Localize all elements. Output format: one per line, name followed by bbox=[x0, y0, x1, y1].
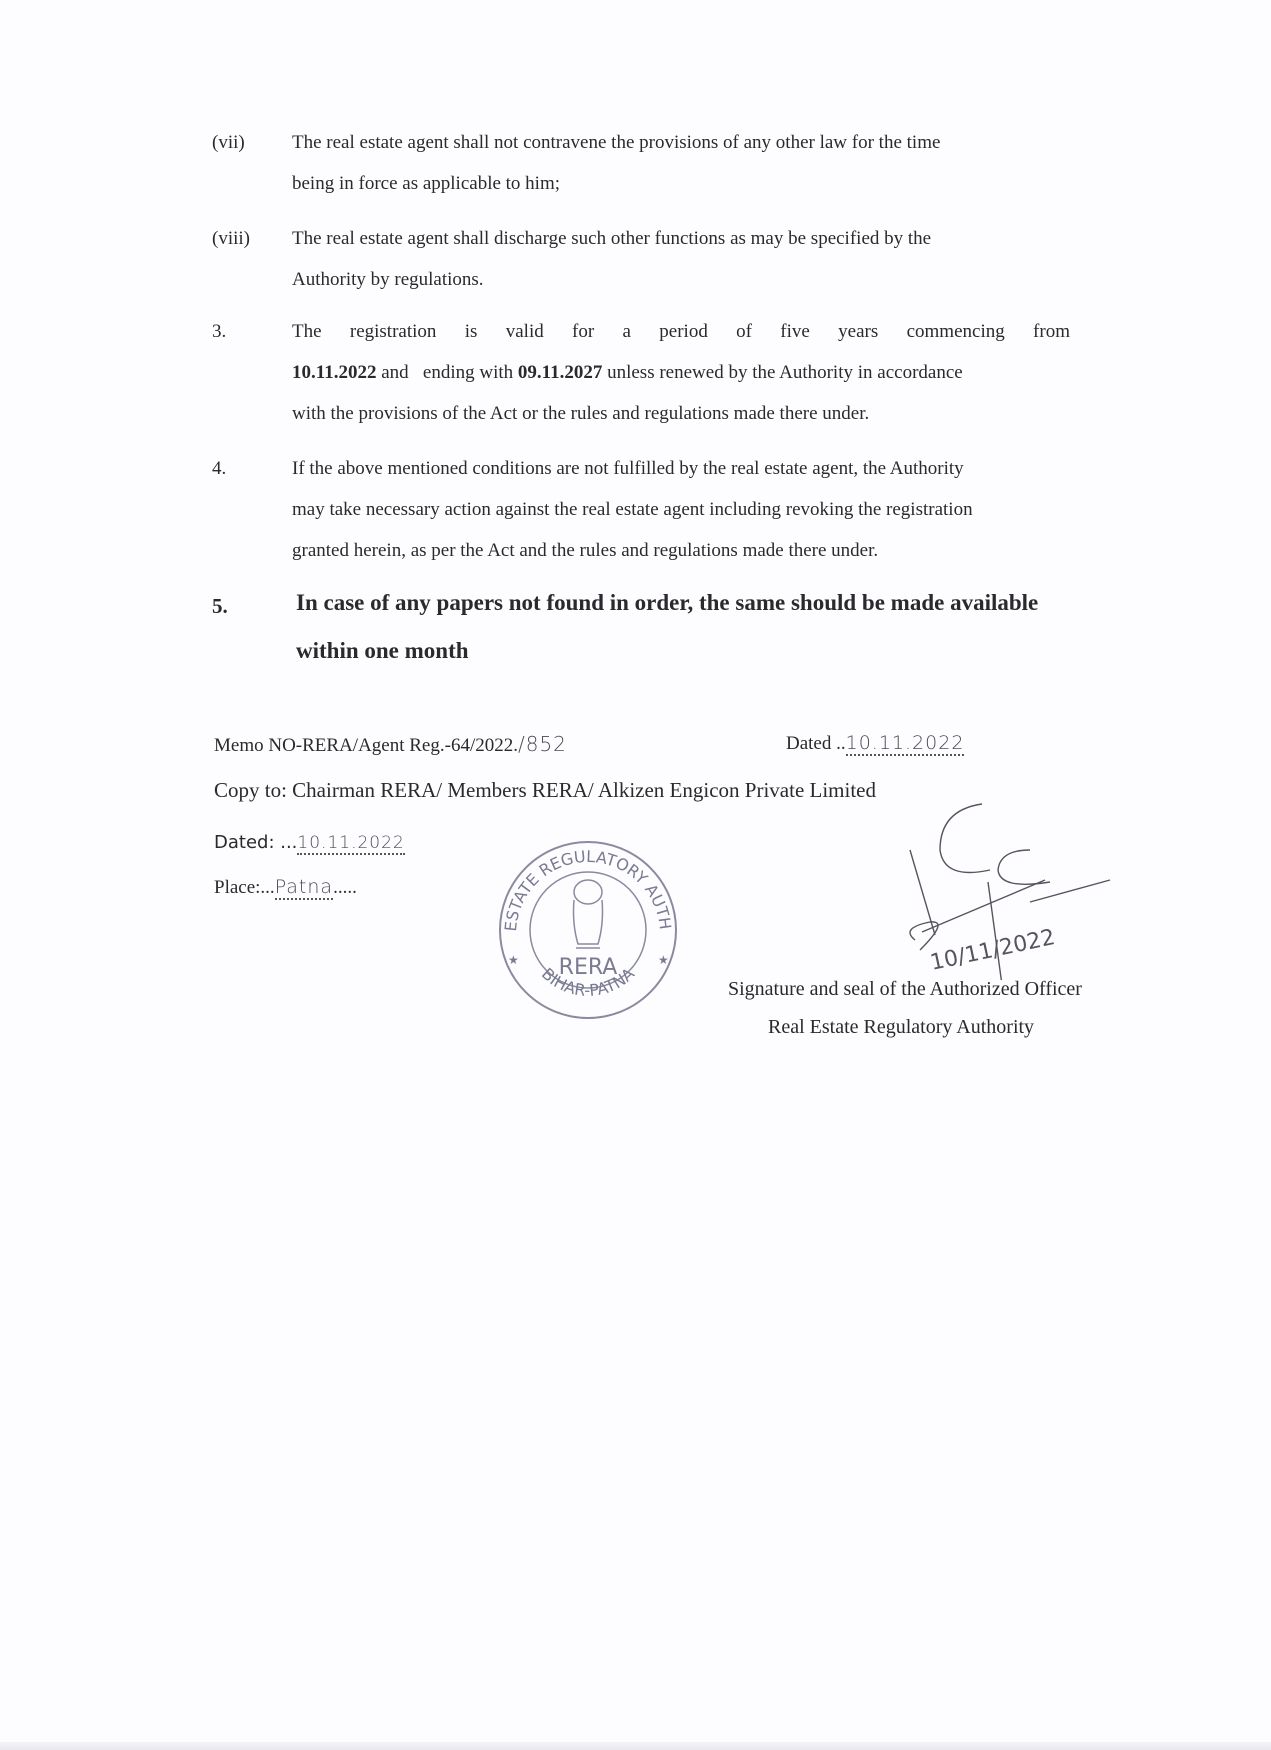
item-line: with the provisions of the Act or the ru… bbox=[292, 393, 1070, 434]
emblem-icon bbox=[574, 880, 603, 948]
item-line: may take necessary action against the re… bbox=[292, 489, 1142, 530]
seal-top-text: REAL ESTATE REGULATORY AUTHORITY bbox=[488, 834, 675, 932]
clause-text: The real estate agent shall not contrave… bbox=[292, 122, 1112, 204]
memo-number: Memo NO-RERA/Agent Reg.-64/2022./852 bbox=[214, 732, 567, 757]
text-fragment: and ending with bbox=[376, 362, 517, 383]
clause-line: The real estate agent shall not contrave… bbox=[292, 122, 1112, 163]
signature-caption: Signature and seal of the Authorized Off… bbox=[728, 978, 1082, 1001]
clause-line: The real estate agent shall discharge su… bbox=[292, 218, 1112, 259]
place-suffix: ..... bbox=[333, 877, 357, 898]
dated-label: Dated .. bbox=[786, 733, 846, 754]
clause-line: being in force as applicable to him; bbox=[292, 163, 1112, 204]
rera-seal: REAL ESTATE REGULATORY AUTHORITY BIHAR-P… bbox=[488, 834, 688, 1024]
memo-label: Memo NO-RERA/Agent Reg.-64/2022. bbox=[214, 735, 518, 756]
item-line: 10.11.2022 and ending with 09.11.2027 un… bbox=[292, 352, 1070, 393]
signature-date: 10/11/2022 bbox=[928, 925, 1057, 976]
svg-text:★: ★ bbox=[658, 953, 669, 967]
clause-label: (vii) bbox=[212, 132, 245, 154]
authority-caption: Real Estate Regulatory Authority bbox=[768, 1016, 1034, 1039]
memo-handwritten-number: /852 bbox=[518, 732, 567, 756]
dated-label: Dated: ... bbox=[214, 832, 297, 853]
item-text: If the above mentioned conditions are no… bbox=[292, 448, 1142, 571]
item-line: In case of any papers not found in order… bbox=[296, 579, 1146, 627]
item-line: If the above mentioned conditions are no… bbox=[292, 448, 1142, 489]
place-field: Place:...Patna..... bbox=[214, 876, 357, 899]
item-number: 4. bbox=[212, 458, 226, 480]
item-line: The registration is valid for a period o… bbox=[292, 311, 1070, 352]
dated-handwritten-value: 10.11.2022 bbox=[846, 732, 965, 756]
dated-handwritten-value: 10.11.2022 bbox=[297, 833, 404, 855]
place-handwritten-value: Patna bbox=[275, 876, 333, 900]
validity-start-date: 10.11.2022 bbox=[292, 362, 376, 383]
clause-label: (viii) bbox=[212, 228, 250, 250]
signature-scribble-icon: 10/11/2022 bbox=[880, 790, 1150, 980]
svg-text:★: ★ bbox=[508, 953, 519, 967]
item-text: The registration is valid for a period o… bbox=[292, 311, 1070, 434]
place-label: Place:... bbox=[214, 877, 275, 898]
copy-to: Copy to: Chairman RERA/ Members RERA/ Al… bbox=[214, 778, 876, 803]
item-number: 3. bbox=[212, 321, 226, 343]
text-fragment: unless renewed by the Authority in accor… bbox=[602, 362, 962, 383]
seal-center-text: RERA bbox=[559, 955, 618, 980]
memo-date: Dated ..10.11.2022 bbox=[786, 732, 964, 755]
item-number: 5. bbox=[212, 594, 228, 619]
dated-field: Dated: ...10.11.2022 bbox=[214, 832, 405, 853]
officer-signature: 10/11/2022 bbox=[880, 790, 1150, 980]
validity-end-date: 09.11.2027 bbox=[518, 362, 602, 383]
seal-graphic: REAL ESTATE REGULATORY AUTHORITY BIHAR-P… bbox=[488, 834, 688, 1024]
item-line: granted herein, as per the Act and the r… bbox=[292, 530, 1142, 571]
clause-text: The real estate agent shall discharge su… bbox=[292, 218, 1112, 300]
item-text: In case of any papers not found in order… bbox=[296, 579, 1146, 675]
page-bottom-edge bbox=[0, 1742, 1271, 1750]
svg-text:REAL ESTATE REGULATORY AUTHORI: REAL ESTATE REGULATORY AUTHORITY bbox=[488, 834, 675, 932]
clause-line: Authority by regulations. bbox=[292, 259, 1112, 300]
item-line: within one month bbox=[296, 627, 1146, 675]
